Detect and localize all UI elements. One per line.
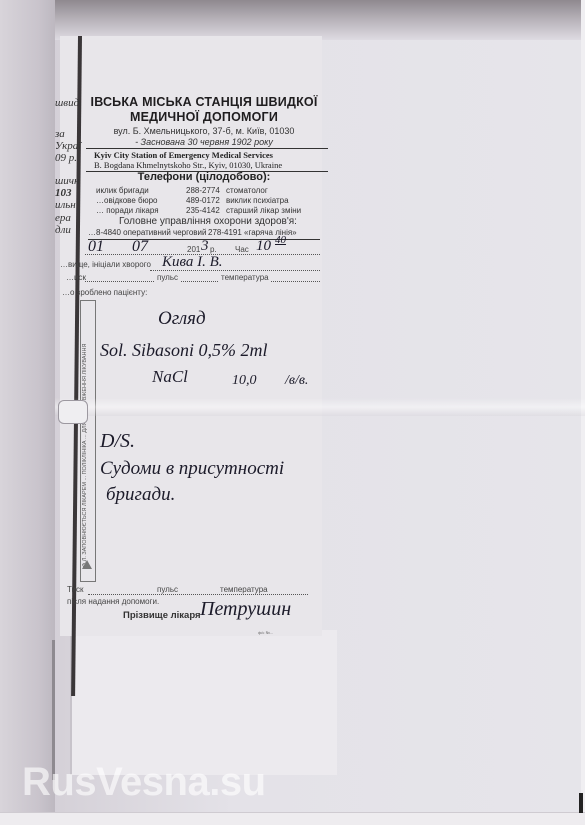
after-vitals-line (88, 594, 308, 595)
treatment-line2: Sol. Sibasoni 0,5% 2ml (100, 340, 268, 361)
after-pressure-label: Тиск (67, 585, 84, 594)
left-fragment: шичн (55, 175, 85, 187)
side-stamp-text: Ф.Л. ЗАПОВНЮЄТЬСЯ ЛІКАРЕМ ... ПОЛІКЛІНІК… (82, 305, 88, 567)
left-fragment: Украї (55, 140, 85, 152)
year-suffix: р. (210, 245, 217, 254)
phones-title: Телефони (цілодобово): (88, 171, 320, 183)
doctor-signature: Петрушин (200, 598, 291, 621)
doctor-label: Прізвище лікаря (123, 610, 201, 621)
disposition-line1: D/S. (100, 430, 135, 453)
side-stamp: Ф.Л. ЗАПОВНЮЄТЬСЯ ЛІКАРЕМ ... ПОЛІКЛІНІК… (80, 300, 96, 582)
phone-desc: старший лікар зміни (226, 206, 301, 215)
left-fragment: 103 (55, 187, 85, 199)
station-title-line2: МЕДИЧНОЇ ДОПОМОГИ (88, 110, 320, 125)
station-address-en: B. Bogdana Khmelnytskoho Str., Kyiv, 010… (94, 160, 328, 170)
scan-top-shadow (0, 0, 585, 40)
patient-name-label: …вище, ініціали хворого (60, 260, 151, 269)
left-fragment: швид (55, 97, 85, 109)
founded-date: - Заснована 30 червня 1902 року (88, 137, 320, 147)
left-fragment: за (55, 128, 85, 140)
left-fragment: 09 р. (55, 152, 85, 164)
phone-label: …овідкове бюро (96, 196, 158, 205)
after-pulse-label: пульс (155, 585, 180, 594)
watermark: RusVesna.su (22, 760, 266, 805)
warning-triangle-icon (82, 560, 92, 569)
pressure-label: …иск (66, 273, 86, 282)
treatment-amount: 10,0 (232, 373, 257, 389)
left-fragment: ильн (55, 199, 85, 211)
left-fragment: ера (55, 212, 85, 224)
station-title-line1: ІВСЬКА МІСЬКА СТАНЦІЯ ШВИДКОЇ (88, 95, 320, 110)
treatment-route: /в/в. (285, 373, 308, 389)
paper-clip (58, 400, 88, 424)
left-fragment: дли (55, 224, 85, 236)
station-title: ІВСЬКА МІСЬКА СТАНЦІЯ ШВИДКОЇ МЕДИЧНОЇ Д… (88, 95, 320, 125)
binder-edge-lower (52, 640, 55, 780)
after-help-label: після надання допомоги. (67, 597, 159, 606)
year-hand: 3 (201, 238, 209, 255)
time-minutes: 40 (275, 234, 286, 246)
pulse-label: пульс (155, 273, 180, 282)
treatment-line3: NaCl (152, 367, 188, 387)
after-temp-label: температура (218, 585, 270, 594)
phone-number: 288-2774 (186, 186, 220, 195)
health-dept-title: Головне управління охорони здоров'я: (96, 216, 320, 227)
vitals-line (85, 281, 320, 282)
phone-desc: виклик психіатра (226, 196, 289, 205)
phone-desc: стоматолог (226, 186, 268, 195)
station-address: вул. Б. Хмельницького, 37-б, м. Київ, 01… (88, 126, 320, 136)
english-name-box: Kyiv City Station of Emergency Medical S… (86, 148, 328, 172)
phone-label: … поради лікаря (96, 206, 159, 215)
underlying-page (70, 630, 337, 775)
phone-label: иклик бригади (96, 186, 149, 195)
treatment-line1: Огляд (158, 308, 206, 330)
phone-number: 235-4142 (186, 206, 220, 215)
scan-left-shadow (0, 0, 55, 825)
time-hours: 10 (256, 238, 271, 255)
form-code: ф/с №... (258, 630, 273, 635)
patient-name: Кива І. В. (162, 254, 223, 271)
gov-phone-left: …8-4840 оперативний черговий (88, 228, 207, 237)
paper-fold (55, 398, 585, 416)
station-name-en: Kyiv City Station of Emergency Medical S… (94, 150, 328, 160)
disposition-line2: Судоми в присутності (100, 458, 284, 480)
temperature-label: температура (219, 273, 271, 282)
time-label: Час (235, 245, 249, 254)
year-prefix: 201 (187, 245, 200, 254)
done-label: …о зроблено пацієнту: (62, 288, 147, 297)
scan-bottom-edge (0, 812, 585, 825)
scan-corner-mark (579, 793, 583, 813)
disposition-line3: бригади. (106, 484, 175, 506)
phone-number: 489-0172 (186, 196, 220, 205)
patient-name-line (150, 270, 320, 271)
